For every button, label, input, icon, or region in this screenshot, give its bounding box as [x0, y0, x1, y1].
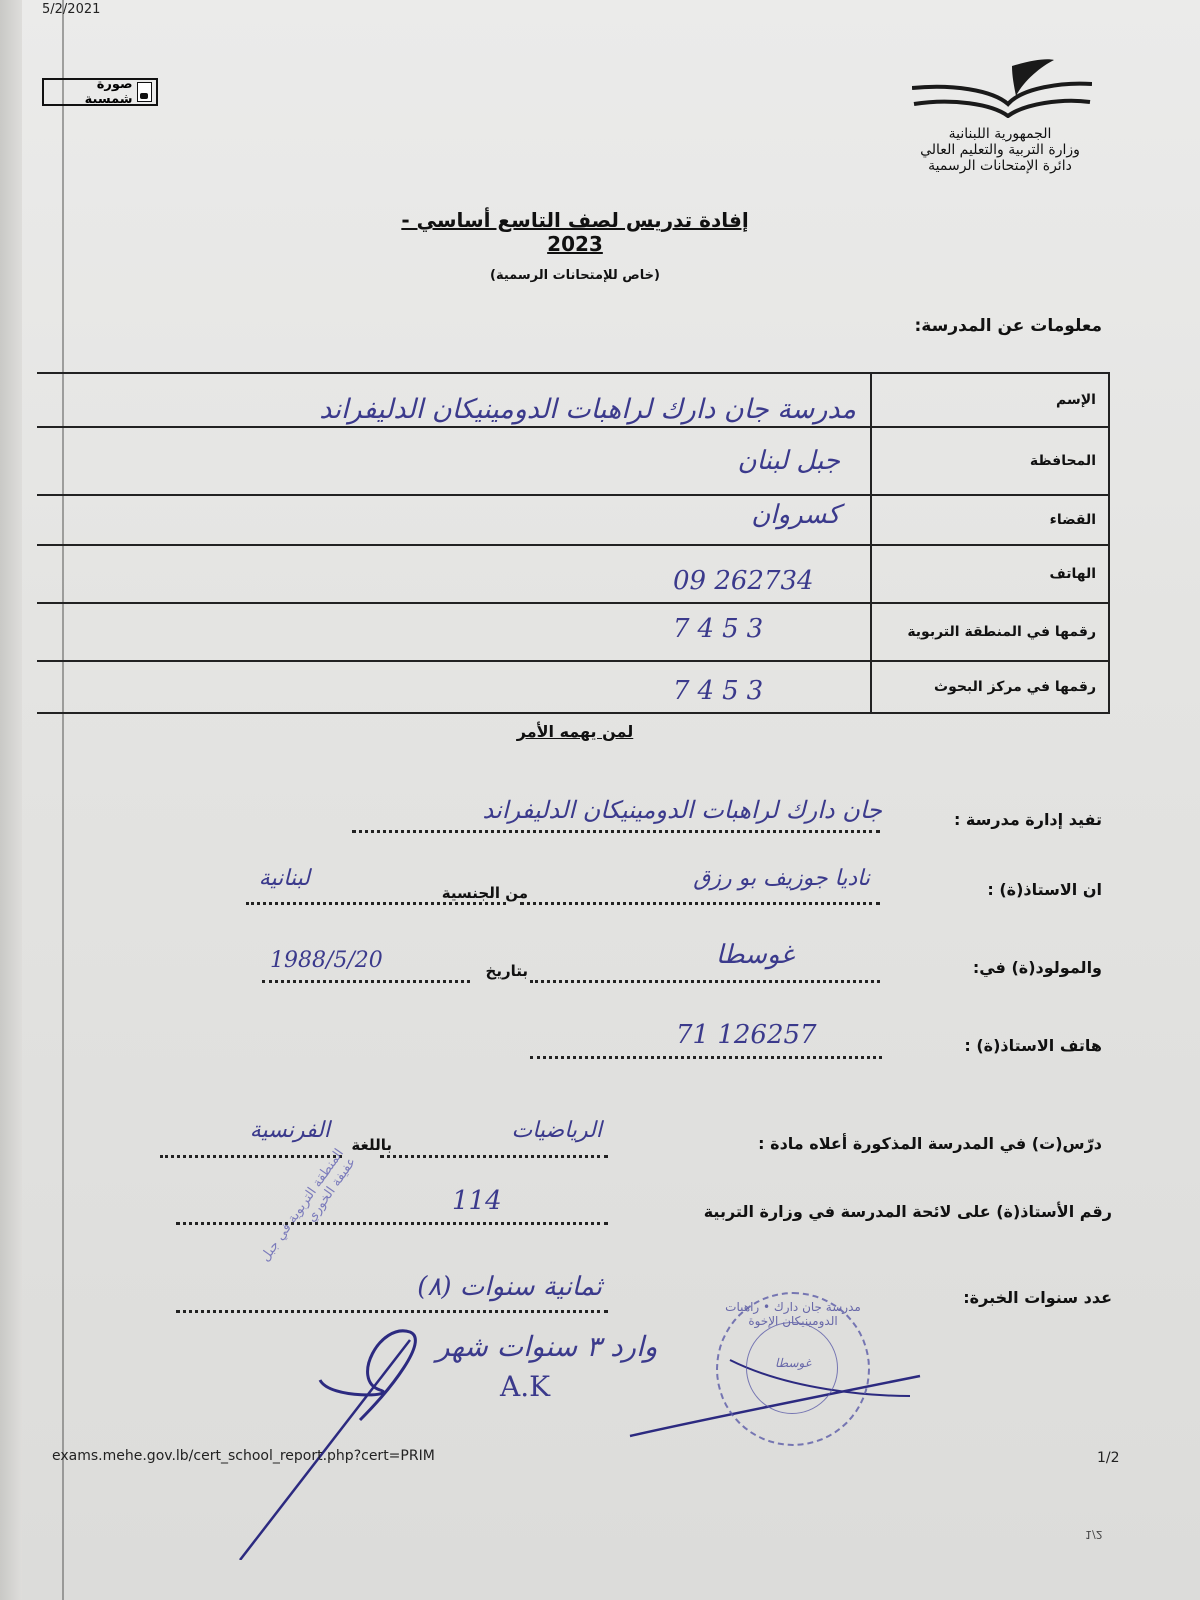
value-cell: جبل لبنان	[37, 427, 871, 495]
stamp-ring-text: مدرسة جان دارك • راهبات الدومينيكان الإخ…	[718, 1300, 868, 1328]
page-edge-shadow	[0, 0, 22, 1600]
birthdate-label: بتاريخ	[486, 962, 528, 980]
birthplace-value: غوسطا	[716, 940, 794, 970]
ministry-line-2: وزارة التربية والتعليم العالي	[900, 142, 1100, 158]
label-research-center-number: رقمها في مركز البحوث	[871, 661, 1109, 713]
label-name: الإسم	[871, 373, 1109, 427]
district-value: كسروان	[751, 500, 840, 530]
label-phone: الهاتف	[871, 545, 1109, 603]
section-heading-school-info: معلومات عن المدرسة:	[915, 316, 1103, 336]
table-row: جبل لبنان المحافظة	[37, 427, 1109, 495]
label-district: القضاء	[871, 495, 1109, 545]
value-cell: مدرسة جان دارك لراهبات الدومينيكان الدلي…	[37, 373, 871, 427]
footer-source-url: exams.mehe.gov.lb/cert_school_report.php…	[52, 1448, 435, 1464]
school-seal-stamp: مدرسة جان دارك • راهبات الدومينيكان الإخ…	[716, 1292, 870, 1446]
ministry-line-3: دائرة الإمتحانات الرسمية	[900, 158, 1100, 174]
value-cell: 7453	[37, 603, 871, 661]
teacher-label: ان الاستاذ(ة) :	[987, 880, 1102, 899]
value-cell: 09 262734	[37, 545, 871, 603]
school-name-value: مدرسة جان دارك لراهبات الدومينيكان الدلي…	[319, 394, 856, 425]
label-governorate: المحافظة	[871, 427, 1109, 495]
document-subtitle: (خاص للإمتحانات الرسمية)	[380, 268, 770, 283]
footer-bleedthrough-page-number: 1/2	[1085, 1528, 1103, 1541]
dotted-line	[530, 980, 880, 983]
dotted-line	[176, 1222, 608, 1225]
photo-placeholder-box: صورة شمسية	[42, 78, 158, 106]
subject-label: درّس(ت) في المدرسة المذكورة أعلاه مادة :	[758, 1134, 1102, 1153]
school-phone-value: 09 262734	[673, 566, 814, 596]
dotted-line	[380, 1155, 608, 1158]
stamp-city-text: غوسطا	[718, 1356, 868, 1370]
dotted-line	[262, 980, 470, 983]
school-admin-label: تفيد إدارة مدرسة :	[954, 810, 1102, 829]
registry-number-label: رقم الأستاذ(ة) على لائحة المدرسة في وزار…	[704, 1202, 1112, 1221]
ministry-header: الجمهورية اللبنانية وزارة التربية والتعل…	[900, 126, 1100, 174]
birthdate-value: 1988/5/20	[270, 948, 383, 973]
school-info-table: مدرسة جان دارك لراهبات الدومينيكان الدلي…	[37, 372, 1110, 714]
book-quill-logo-icon	[912, 58, 1092, 118]
teacher-phone-label: هاتف الاستاذ(ة) :	[964, 1036, 1102, 1055]
school-admin-value: جان دارك لراهبات الدومينيكان الدليفراند	[483, 796, 882, 824]
table-row: كسروان القضاء	[37, 495, 1109, 545]
dotted-line	[246, 902, 506, 905]
nationality-value: لبنانية	[259, 866, 310, 891]
print-date: 5/2/2021	[42, 2, 100, 17]
language-value: الفرنسية	[250, 1118, 330, 1143]
nationality-label: من الجنسية	[442, 884, 528, 902]
table-row: 7453 رقمها في المنطقة التربوية	[37, 603, 1109, 661]
language-label: باللغة	[351, 1136, 392, 1154]
label-region-number: رقمها في المنطقة التربوية	[871, 603, 1109, 661]
region-number-value: 7453	[673, 614, 771, 644]
photo-icon	[137, 82, 152, 102]
subject-value: الرياضيات	[511, 1118, 602, 1143]
experience-label: عدد سنوات الخبرة:	[963, 1288, 1112, 1307]
document-title: إفادة تدريس لصف التاسع أساسي - 2023	[380, 208, 770, 256]
governorate-value: جبل لبنان	[737, 446, 840, 476]
to-whom-it-may-concern-heading: لمن يهمه الأمر	[490, 722, 660, 741]
ministry-line-1: الجمهورية اللبنانية	[900, 126, 1100, 142]
value-cell: كسروان	[37, 495, 871, 545]
dotted-line	[530, 1056, 882, 1059]
footer-page-number: 1/2	[1097, 1450, 1120, 1466]
research-center-number-value: 7453	[673, 676, 771, 706]
dotted-line	[352, 830, 880, 833]
teacher-phone-value: 71 126257	[676, 1020, 817, 1050]
table-row: مدرسة جان دارك لراهبات الدومينيكان الدلي…	[37, 373, 1109, 427]
dotted-line	[160, 1155, 342, 1158]
birthplace-label: والمولود(ة) في:	[973, 958, 1102, 977]
registry-number-value: 114	[452, 1186, 502, 1216]
experience-value: ثمانية سنوات (٨)	[417, 1272, 602, 1302]
teacher-name-value: ناديا جوزيف بو رزق	[693, 866, 870, 891]
dotted-line	[520, 902, 880, 905]
table-row: 09 262734 الهاتف	[37, 545, 1109, 603]
photo-box-label: صورة شمسية	[48, 77, 133, 107]
photocopy-edge-line	[62, 0, 64, 1600]
table-row: 7453 رقمها في مركز البحوث	[37, 661, 1109, 713]
value-cell: 7453	[37, 661, 871, 713]
